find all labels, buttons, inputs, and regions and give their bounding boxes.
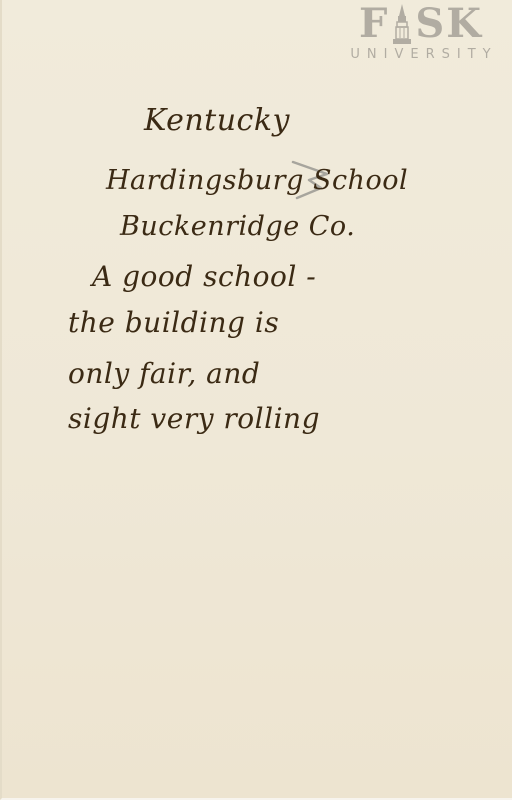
handwritten-line-state: Kentucky <box>144 103 290 138</box>
handwritten-line-note-3: only fair, and <box>68 357 260 390</box>
watermark-subtitle: UNIVERSITY <box>336 47 506 63</box>
handwritten-line-note-2: the building is <box>68 306 279 339</box>
handwritten-line-note-4: sight very rolling <box>68 402 320 435</box>
watermark-letters-sk: SK <box>415 2 483 46</box>
watermark-wordmark: F SK <box>336 2 506 46</box>
handwritten-line-county: Buckenridge Co. <box>120 211 355 242</box>
watermark-letter-f: F <box>359 2 389 46</box>
note-card: F SK UNIVERSITY Kentucky Hardingsburg Sc… <box>0 0 512 800</box>
handwritten-line-school: Hardingsburg School <box>106 165 408 196</box>
handwritten-line-note-1: A good school - <box>92 260 316 293</box>
fisk-university-watermark: F SK UNIVERSITY <box>336 2 506 63</box>
tower-icon <box>391 4 413 44</box>
